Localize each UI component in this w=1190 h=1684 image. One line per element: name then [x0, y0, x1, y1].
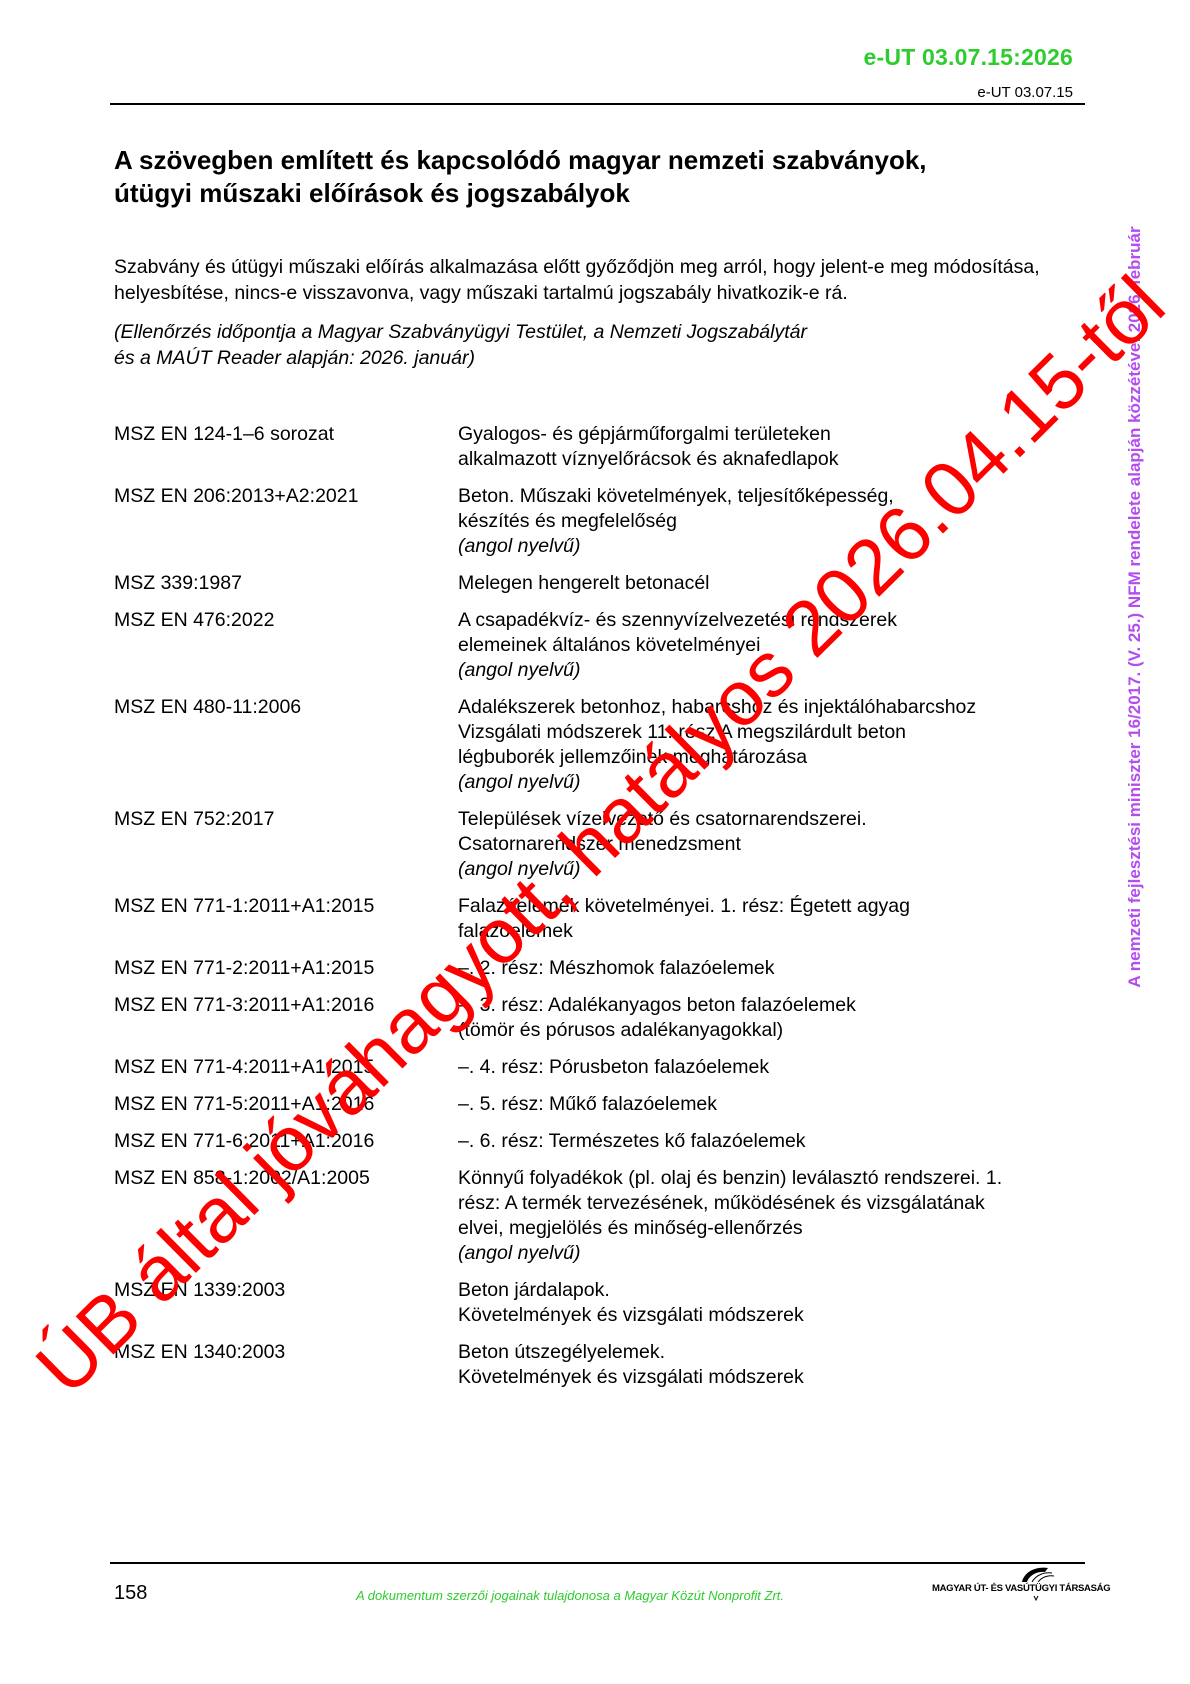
reference-description: Melegen hengerelt betonacél [458, 571, 1094, 596]
reference-code: MSZ EN 1339:2003 [114, 1278, 458, 1328]
reference-description: Falazóelemek követelményei. 1. rész: Ége… [458, 894, 1094, 944]
reference-code: MSZ EN 124-1–6 sorozat [114, 422, 458, 472]
check-date-note-line-1: (Ellenőrzés időpontja a Magyar Szabványü… [114, 320, 1014, 346]
reference-code: MSZ EN 480-11:2006 [114, 695, 458, 795]
reference-code: MSZ EN 771-3:2011+A1:2016 [114, 993, 458, 1043]
reference-description: –. 2. rész: Mészhomok falazóelemek [458, 956, 1094, 981]
reference-description-line: elvei, megjelölés és minőség-ellenőrzés [458, 1216, 1094, 1241]
reference-code: MSZ EN 858-1:2002/A1:2005 [114, 1166, 458, 1266]
reference-description-line: Követelmények és vizsgálati módszerek [458, 1365, 1094, 1390]
reference-row: MSZ 339:1987Melegen hengerelt betonacél [114, 571, 1094, 596]
reference-row: MSZ EN 771-6:2011+A1:2016–. 6. rész: Ter… [114, 1129, 1094, 1154]
society-logo: MAGYAR ÚT- ÉS VASÚTÜGYI TÁRSASÁG [932, 1566, 1084, 1606]
reference-description: –. 4. rész: Pórusbeton falazóelemek [458, 1055, 1094, 1080]
reference-row: MSZ EN 771-1:2011+A1:2015Falazóelemek kö… [114, 894, 1094, 944]
reference-code: MSZ EN 771-6:2011+A1:2016 [114, 1129, 458, 1154]
reference-description-line: rész: A termék tervezésének, működésének… [458, 1191, 1094, 1216]
reference-description: Könnyű folyadékok (pl. olaj és benzin) l… [458, 1166, 1094, 1266]
reference-description: Beton útszegélyelemek.Követelmények és v… [458, 1340, 1094, 1390]
reference-language-note: (angol nyelvű) [458, 658, 1094, 683]
reference-description-line: –. 2. rész: Mészhomok falazóelemek [458, 956, 1094, 981]
reference-code: MSZ EN 771-5:2011+A1:2016 [114, 1092, 458, 1117]
reference-row: MSZ EN 771-2:2011+A1:2015–. 2. rész: Més… [114, 956, 1094, 981]
reference-description: –. 6. rész: Természetes kő falazóelemek [458, 1129, 1094, 1154]
reference-code: MSZ EN 771-2:2011+A1:2015 [114, 956, 458, 981]
reference-code: MSZ EN 206:2013+A2:2021 [114, 484, 458, 559]
reference-description-line: (tömör és pórusos adalékanyagokkal) [458, 1018, 1094, 1043]
reference-description-line: készítés és megfelelőség [458, 509, 1094, 534]
reference-code: MSZ EN 752:2017 [114, 807, 458, 882]
reference-row: MSZ EN 476:2022A csapadékvíz- és szennyv… [114, 608, 1094, 683]
footer-rule [110, 1562, 1085, 1564]
reference-description-line: Beton útszegélyelemek. [458, 1340, 1094, 1365]
reference-row: MSZ EN 1339:2003Beton járdalapok.Követel… [114, 1278, 1094, 1328]
reference-row: MSZ EN 206:2013+A2:2021Beton. Műszaki kö… [114, 484, 1094, 559]
reference-description: Gyalogos- és gépjárműforgalmi területeke… [458, 422, 1094, 472]
reference-description-line: elemeinek általános követelményei [458, 633, 1094, 658]
page-title: A szövegben említett és kapcsolódó magya… [114, 144, 1044, 210]
reference-description-line: –. 3. rész: Adalékanyagos beton falazóel… [458, 993, 1094, 1018]
reference-row: MSZ EN 771-5:2011+A1:2016–. 5. rész: Műk… [114, 1092, 1094, 1117]
reference-description-line: Adalékszerek betonhoz, habarcshoz és inj… [458, 695, 1094, 720]
page-title-line-1: A szövegben említett és kapcsolódó magya… [114, 144, 1044, 177]
reference-row: MSZ EN 858-1:2002/A1:2005Könnyű folyadék… [114, 1166, 1094, 1266]
page-title-line-2: útügyi műszaki előírások és jogszabályok [114, 177, 1044, 210]
logo-text: MAGYAR ÚT- ÉS VASÚTÜGYI TÁRSASÁG [932, 1583, 1110, 1594]
reference-description-line: Csatornarendszer menedzsment [458, 832, 1094, 857]
reference-code: MSZ EN 476:2022 [114, 608, 458, 683]
reference-description-line: Követelmények és vizsgálati módszerek [458, 1303, 1094, 1328]
reference-row: MSZ EN 771-3:2011+A1:2016–. 3. rész: Ada… [114, 993, 1094, 1043]
reference-row: MSZ EN 752:2017Települések vízelvezető é… [114, 807, 1094, 882]
reference-description: Települések vízelvezető és csatornarends… [458, 807, 1094, 882]
check-date-note: (Ellenőrzés időpontja a Magyar Szabványü… [114, 320, 1014, 371]
reference-description: Beton. Műszaki követelmények, teljesítők… [458, 484, 1094, 559]
reference-description-line: A csapadékvíz- és szennyvízelvezetési re… [458, 608, 1094, 633]
document-code: e-UT 03.07.15:2026 [864, 44, 1073, 71]
reference-description: Beton járdalapok.Követelmények és vizsgá… [458, 1278, 1094, 1328]
reference-description: –. 3. rész: Adalékanyagos beton falazóel… [458, 993, 1094, 1043]
reference-description-line: falazóelemek [458, 919, 1094, 944]
reference-row: MSZ EN 480-11:2006Adalékszerek betonhoz,… [114, 695, 1094, 795]
reference-list: MSZ EN 124-1–6 sorozatGyalogos- és gépjá… [114, 422, 1094, 1402]
reference-row: MSZ EN 771-4:2011+A1:2015–. 4. rész: Pór… [114, 1055, 1094, 1080]
intro-paragraph: Szabvány és útügyi műszaki előírás alkal… [114, 255, 1094, 306]
reference-language-note: (angol nyelvű) [458, 534, 1094, 559]
reference-code: MSZ EN 1340:2003 [114, 1340, 458, 1390]
header-rule [110, 103, 1085, 105]
reference-language-note: (angol nyelvű) [458, 770, 1094, 795]
reference-description: Adalékszerek betonhoz, habarcshoz és inj… [458, 695, 1094, 795]
reference-description-line: Települések vízelvezető és csatornarends… [458, 807, 1094, 832]
reference-code: MSZ EN 771-4:2011+A1:2015 [114, 1055, 458, 1080]
reference-description-line: légbuborék jellemzőinek meghatározása [458, 745, 1094, 770]
reference-row: MSZ EN 1340:2003Beton útszegélyelemek.Kö… [114, 1340, 1094, 1390]
reference-description-line: Könnyű folyadékok (pl. olaj és benzin) l… [458, 1166, 1094, 1191]
check-date-note-line-2: és a MAÚT Reader alapján: 2026. január) [114, 346, 1014, 372]
reference-description-line: –. 6. rész: Természetes kő falazóelemek [458, 1129, 1094, 1154]
reference-language-note: (angol nyelvű) [458, 857, 1094, 882]
reference-description-line: Beton járdalapok. [458, 1278, 1094, 1303]
document-code-running-header: e-UT 03.07.15 [977, 84, 1073, 101]
reference-row: MSZ EN 124-1–6 sorozatGyalogos- és gépjá… [114, 422, 1094, 472]
page-number: 158 [114, 1582, 147, 1605]
reference-description-line: –. 4. rész: Pórusbeton falazóelemek [458, 1055, 1094, 1080]
reference-description-line: alkalmazott víznyelőrácsok és aknafedlap… [458, 447, 1094, 472]
reference-description-line: –. 5. rész: Műkő falazóelemek [458, 1092, 1094, 1117]
reference-code: MSZ EN 771-1:2011+A1:2015 [114, 894, 458, 944]
reference-code: MSZ 339:1987 [114, 571, 458, 596]
reference-description-line: Gyalogos- és gépjárműforgalmi területeke… [458, 422, 1094, 447]
reference-language-note: (angol nyelvű) [458, 1241, 1094, 1266]
reference-description: A csapadékvíz- és szennyvízelvezetési re… [458, 608, 1094, 683]
reference-description: –. 5. rész: Műkő falazóelemek [458, 1092, 1094, 1117]
reference-description-line: Melegen hengerelt betonacél [458, 571, 1094, 596]
reference-description-line: Vizsgálati módszerek 11. rész A megszilá… [458, 720, 1094, 745]
publication-side-note: A nemzeti fejlesztési miniszter 16/2017.… [1125, 226, 1145, 987]
reference-description-line: Beton. Műszaki követelmények, teljesítők… [458, 484, 1094, 509]
copyright-notice: A dokumentum szerzői jogainak tulajdonos… [356, 1588, 784, 1603]
reference-description-line: Falazóelemek követelményei. 1. rész: Ége… [458, 894, 1094, 919]
